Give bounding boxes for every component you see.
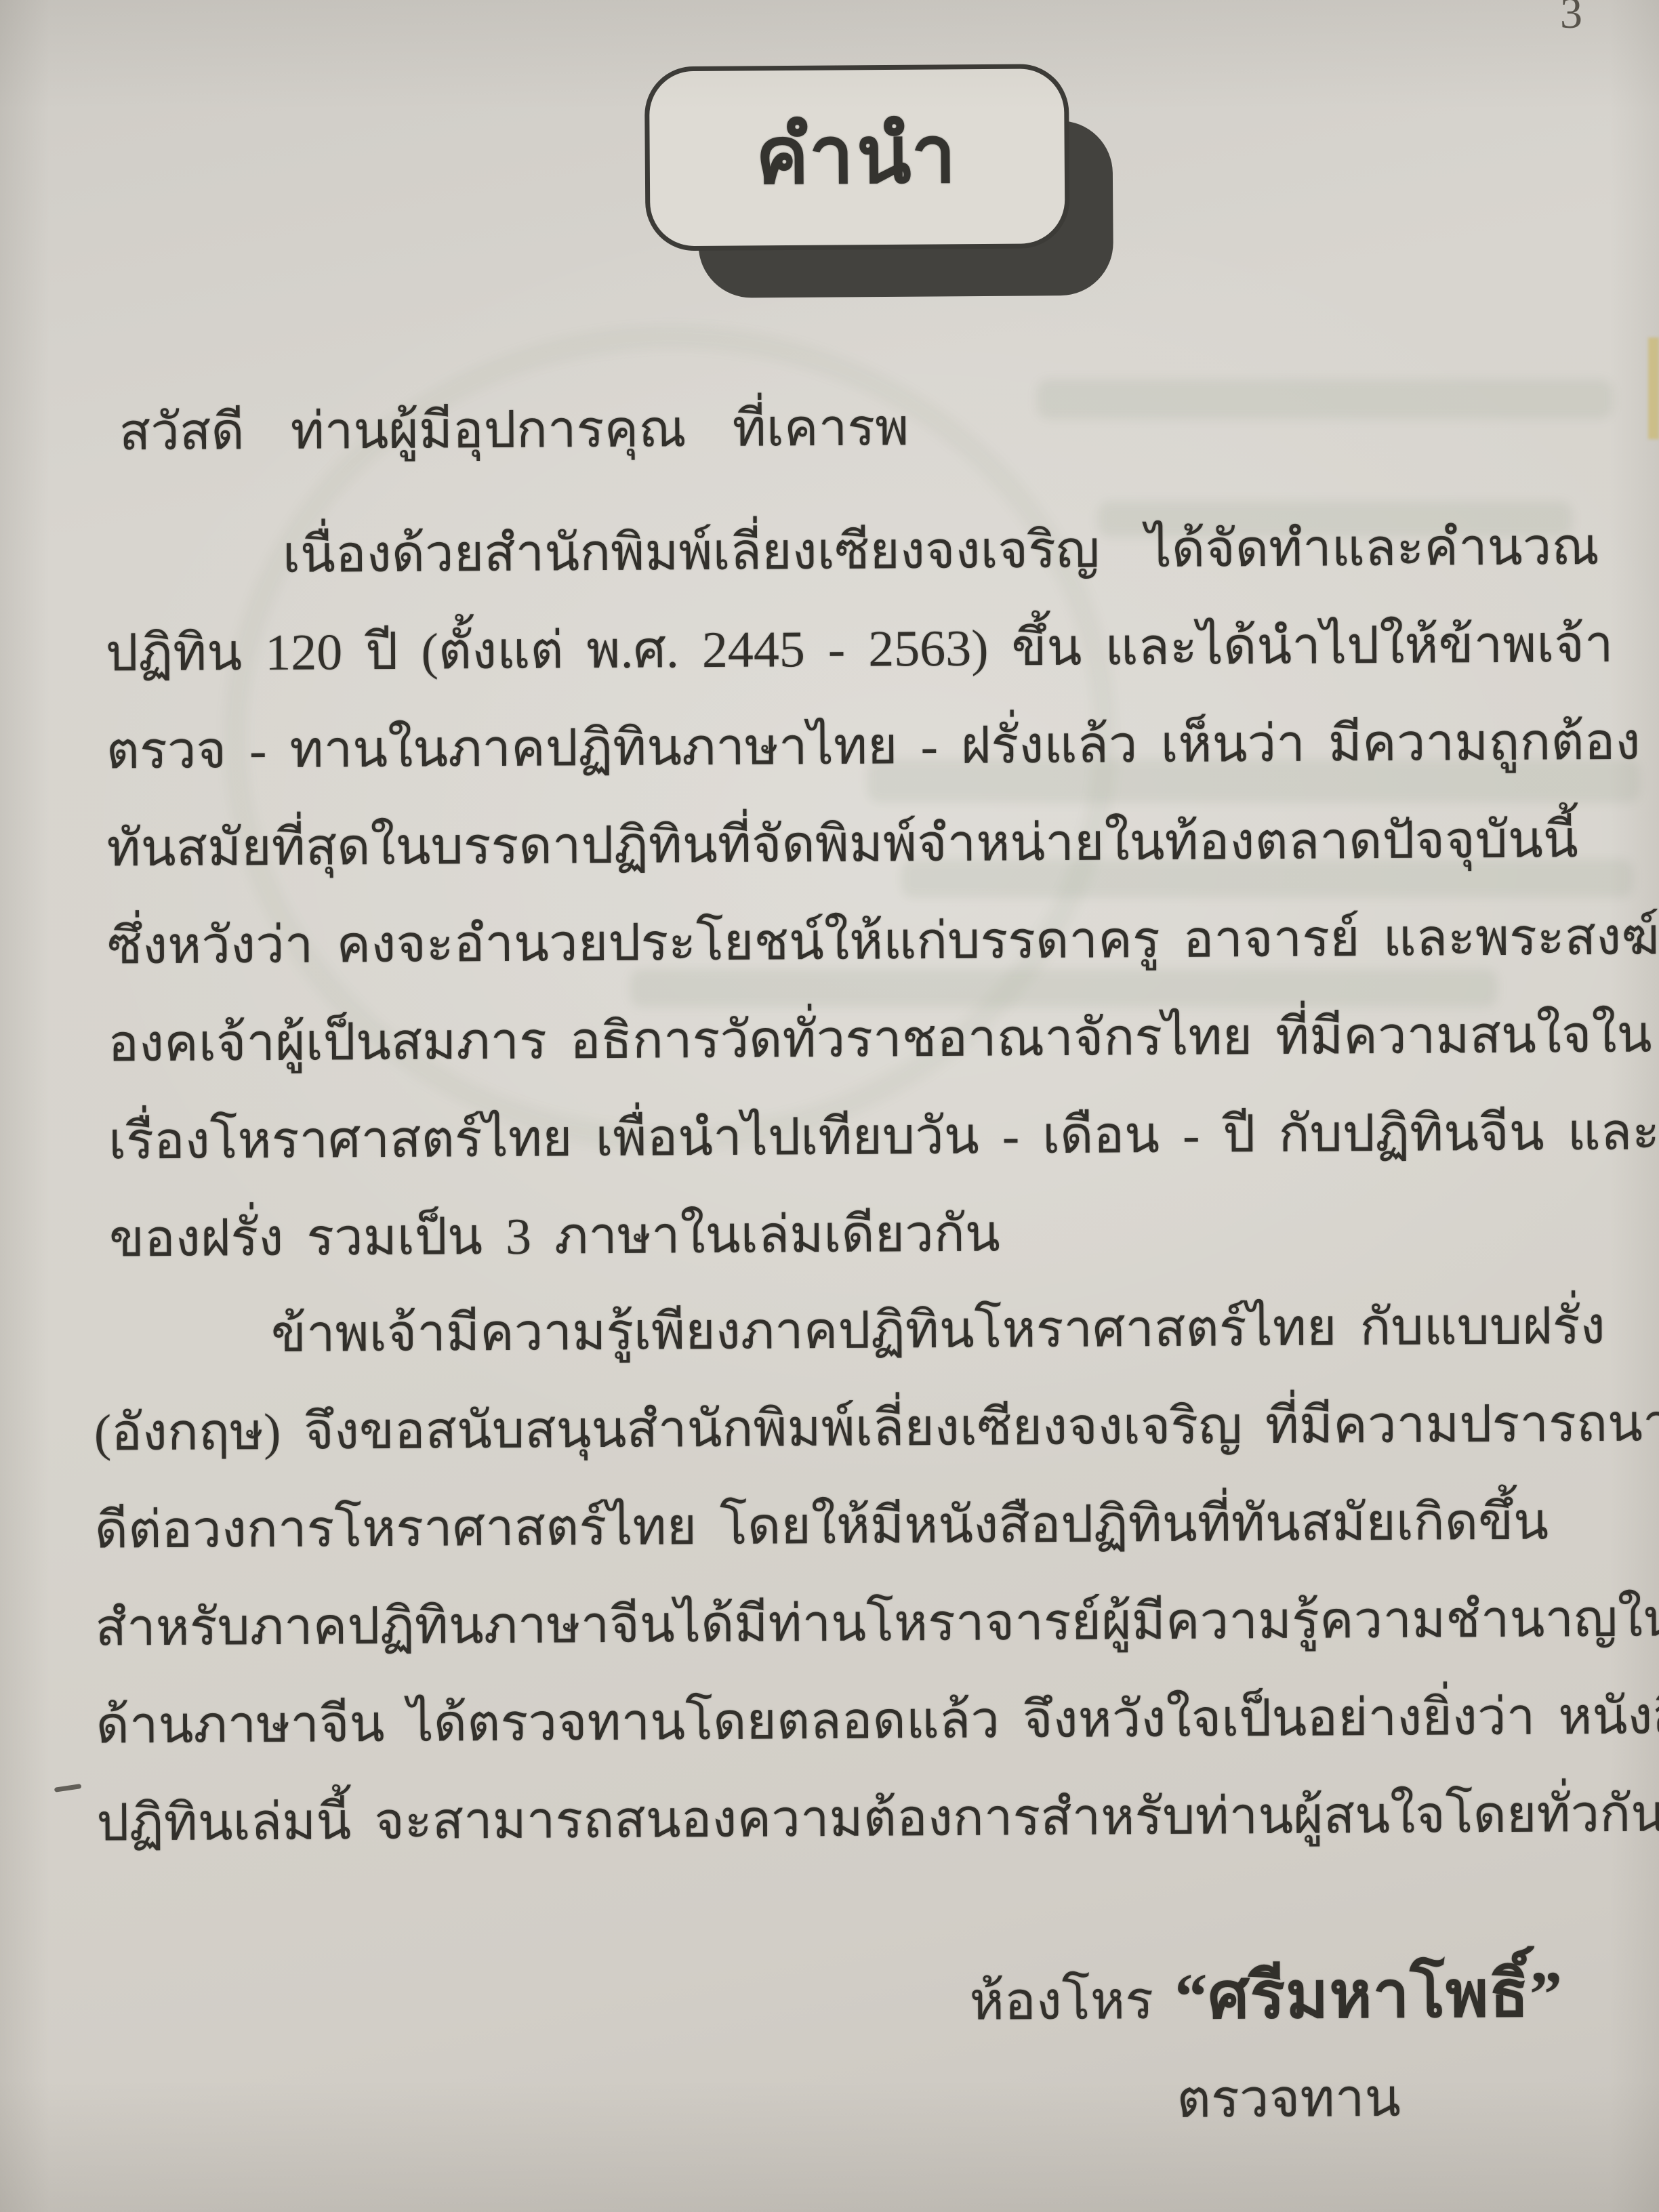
preface-title-box: คำนำ bbox=[644, 64, 1120, 301]
greeting-line: สวัสดี ท่านผู้มีอุปการคุณ ที่เคารพ bbox=[119, 379, 909, 481]
paragraph1-line-8: ของฝรั่ง รวมเป็น 3 ภาษาในเล่มเดียวกัน bbox=[109, 1181, 1641, 1288]
paragraph-1: เนื่องด้วยสำนักพิมพ์เลี่ยงเซียงจงเจริญ ไ… bbox=[105, 498, 1641, 1288]
page-number: 3 bbox=[1560, 0, 1582, 39]
title-box-face: คำนำ bbox=[644, 64, 1070, 251]
paragraph2-line-4: สำหรับภาคปฏิทินภาษาจีนได้มีท่านโหราจารย์… bbox=[95, 1570, 1647, 1677]
paragraph1-line-2: ปฏิทิน 120 ปี (ตั้งแต่ พ.ศ. 2445 - 2563)… bbox=[105, 596, 1637, 703]
paragraph1-line-5: ซึ่งหวังว่า คงจะอำนวยประโยชน์ให้แก่บรรดา… bbox=[107, 888, 1639, 996]
signature-role: ตรวจทาน bbox=[1176, 2055, 1401, 2141]
paragraph2-line-2: (อังกฤษ) จึงขอสนับสนุนสำนักพิมพ์เลี่ยงเซ… bbox=[94, 1375, 1646, 1482]
signature-line: ห้องโหร “ศรีมหาโพธิ์” bbox=[969, 1942, 1563, 2048]
paragraph1-line-3: ตรวจ - ทานในภาคปฏิทินภาษาไทย - ฝรั่งแล้ว… bbox=[106, 693, 1638, 800]
paragraph1-line-6: องคเจ้าผู้เป็นสมภาร อธิการวัดทั่วราชอาณา… bbox=[108, 986, 1640, 1093]
paragraph2-line-6: ปฏิทินเล่มนี้ จะสามารถสนองความต้องการสำห… bbox=[96, 1765, 1649, 1872]
paragraph1-line-1: เนื่องด้วยสำนักพิมพ์เลี่ยงเซียงจงเจริญ ไ… bbox=[105, 498, 1637, 605]
show-through-text-ghost bbox=[1037, 380, 1613, 419]
paragraph2-line-3: ดีต่อวงการโหราศาสตร์ไทย โดยให้มีหนังสือป… bbox=[94, 1473, 1647, 1580]
scanned-preface-page: 3 คำนำ สวัสดี ท่านผู้มีอุปการคุณ ที่เคาร… bbox=[0, 0, 1659, 2212]
paragraph2-line-1: ข้าพเจ้ามีความรู้เพียงภาคปฏิทินโหราศาสตร… bbox=[94, 1277, 1646, 1385]
preface-title: คำนำ bbox=[755, 89, 960, 225]
signature-name: “ศรีมหาโพธิ์” bbox=[1174, 1957, 1563, 2032]
page-edge bbox=[1648, 337, 1659, 439]
paragraph1-line-4: ทันสมัยที่สุดในบรรดาปฏิทินที่จัดพิมพ์จำห… bbox=[106, 791, 1639, 898]
signature-spacer bbox=[1153, 1971, 1175, 2030]
paragraph-2: ข้าพเจ้ามีความรู้เพียงภาคปฏิทินโหราศาสตร… bbox=[94, 1277, 1649, 1872]
page-body: สวัสดี ท่านผู้มีอุปการคุณ ที่เคารพ เนื่อ… bbox=[0, 0, 1659, 5]
paragraph2-line-5: ด้านภาษาจีน ได้ตรวจทานโดยตลอดแล้ว จึงหวั… bbox=[96, 1668, 1648, 1775]
stray-pen-mark bbox=[54, 1784, 82, 1793]
paragraph1-line-7: เรื่องโหราศาสตร์ไทย เพื่อนำไปเทียบวัน - … bbox=[108, 1084, 1641, 1191]
signature-prefix: ห้องโหร bbox=[969, 1971, 1153, 2031]
